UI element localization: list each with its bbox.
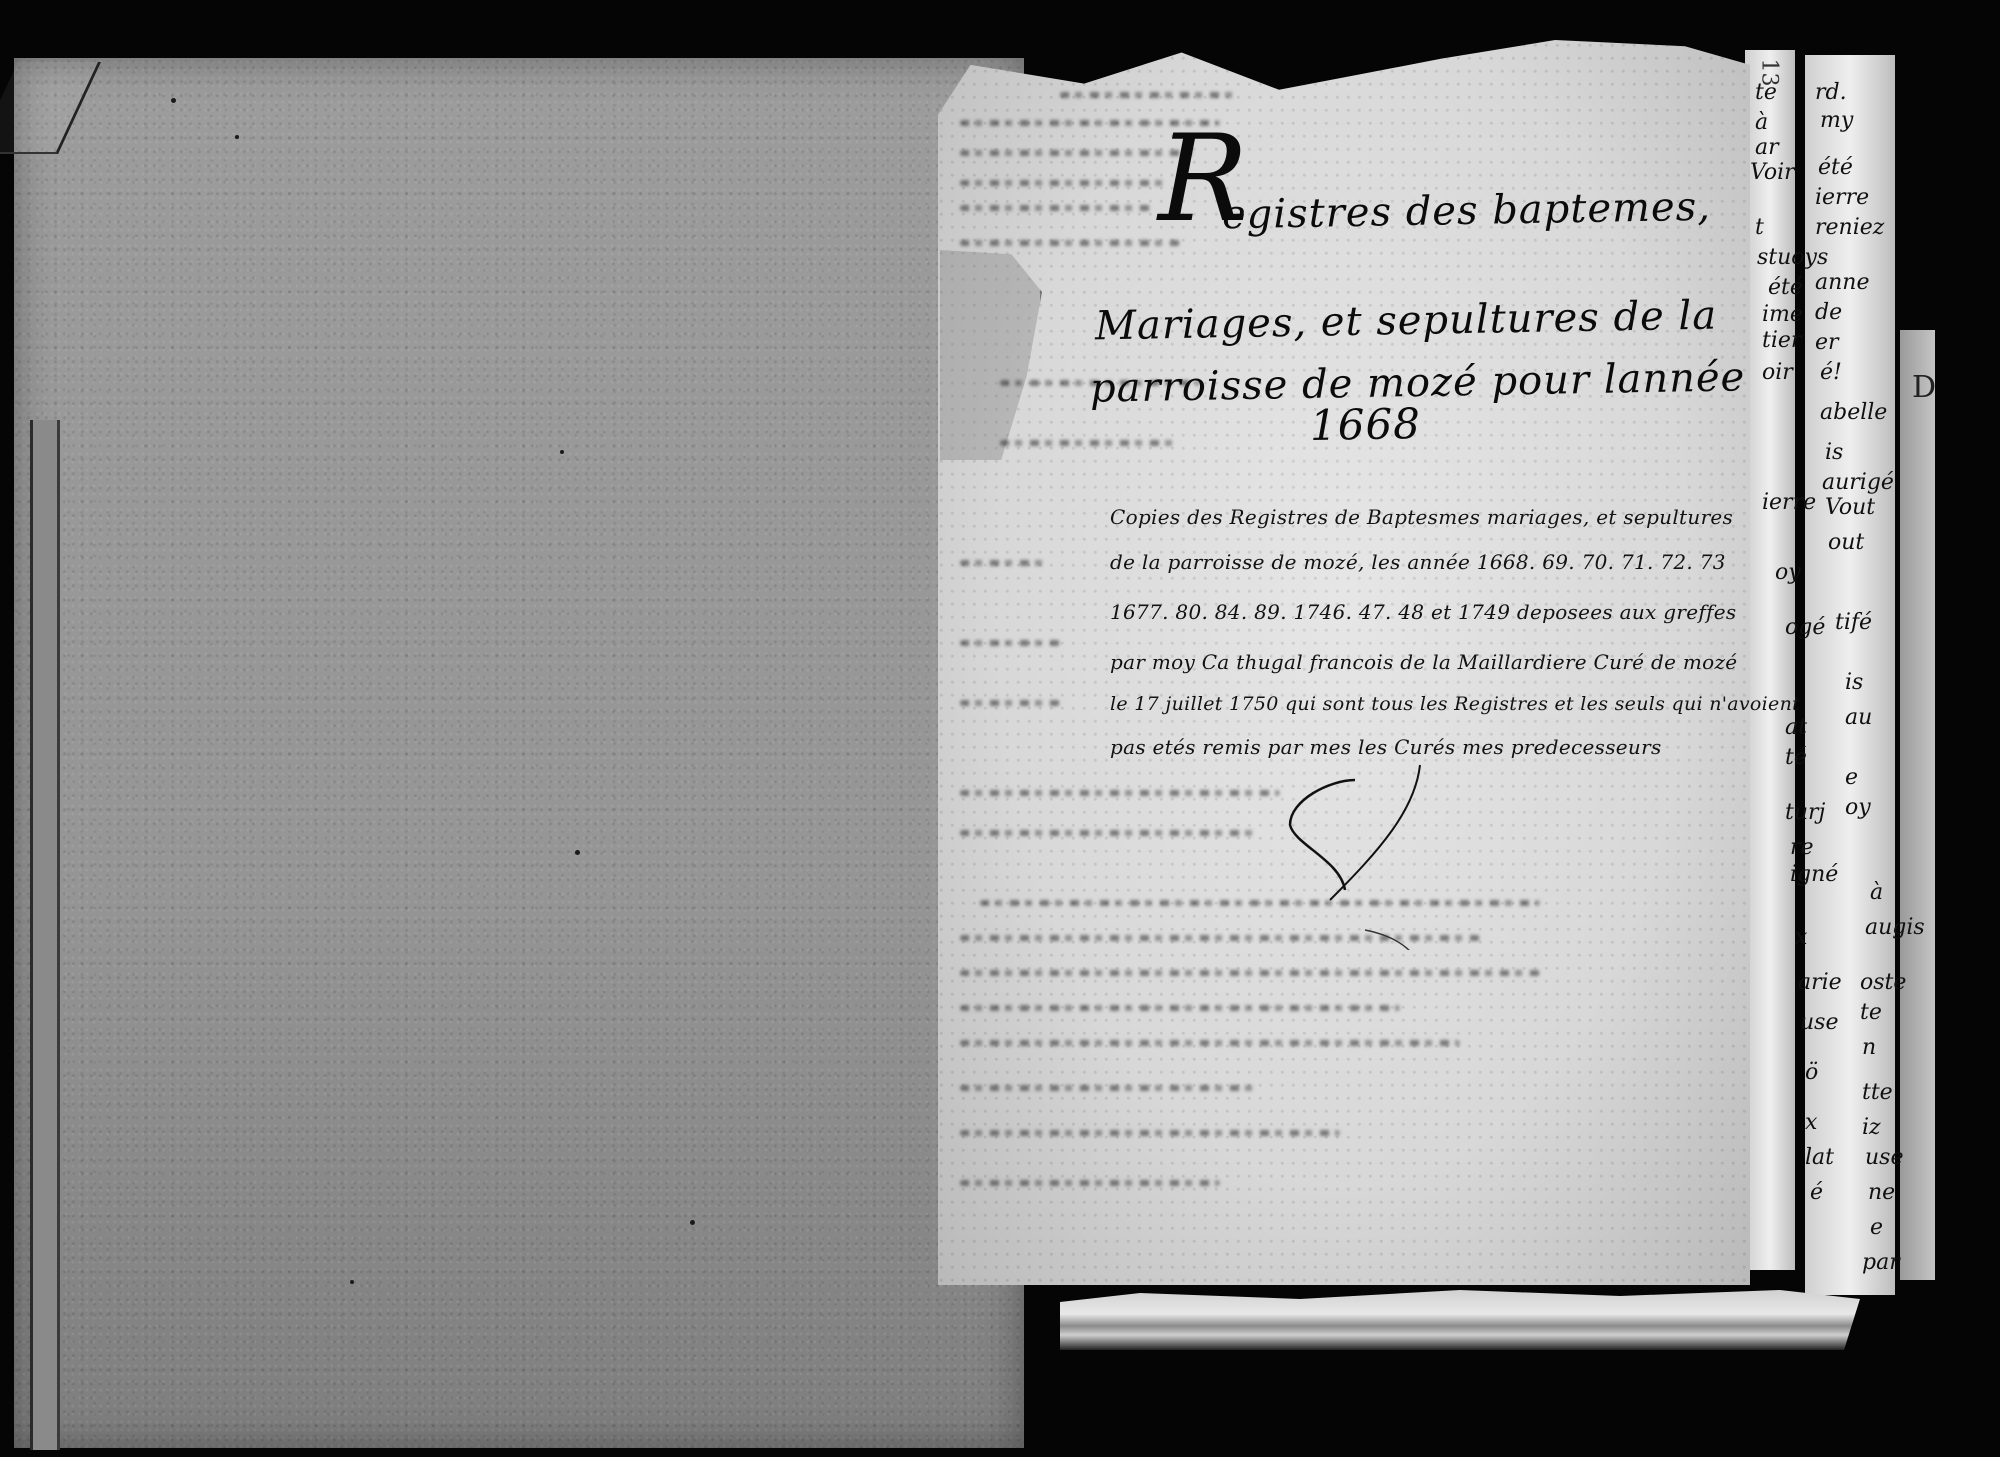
cardboard-cover	[14, 58, 1024, 1448]
fragment-word: out	[1828, 530, 1864, 555]
cover-speck	[235, 135, 239, 139]
fragment-word: t	[1755, 215, 1764, 240]
note-line-4: par moy Ca thugal francois de la Maillar…	[1110, 650, 1737, 674]
fragment-word: x	[1795, 925, 1807, 950]
fragment-word: tier	[1762, 328, 1801, 353]
bleed-through-line	[960, 240, 1180, 246]
cover-speck	[171, 98, 176, 103]
fragment-word: er	[1815, 330, 1839, 355]
note-line-5: le 17 juillet 1750 qui sont tous les Reg…	[1110, 693, 1800, 715]
title-line-1: egistres des baptemes,	[1222, 184, 1712, 239]
fragment-word: use	[1800, 1010, 1838, 1035]
bleed-through-line	[960, 1085, 1260, 1091]
fragment-word: tte	[1862, 1080, 1893, 1105]
fragment-word: té	[1785, 745, 1807, 770]
fragment-word: is	[1825, 440, 1843, 465]
note-line-2: de la parroisse de mozé, les année 1668.…	[1110, 550, 1726, 574]
bleed-through-line	[1000, 440, 1180, 446]
fragment-word: aurigé	[1822, 470, 1894, 495]
fragment-word: use	[1865, 1145, 1903, 1170]
bleed-through-line	[960, 1005, 1400, 1011]
bleed-through-line	[960, 700, 1060, 706]
cover-speck	[560, 450, 564, 454]
fragment-word: n	[1862, 1035, 1876, 1060]
fragment-word: anne	[1815, 270, 1869, 295]
fragment-word: e	[1845, 765, 1858, 790]
cover-speck	[350, 1280, 354, 1284]
fragment-word: reniez	[1815, 215, 1884, 240]
title-year: 1668	[1310, 399, 1422, 450]
fragment-word: iz	[1862, 1115, 1881, 1140]
fragment-word: x	[1805, 1110, 1817, 1135]
bleed-through-line	[960, 640, 1060, 646]
fragment-word: à	[1755, 110, 1768, 135]
bleed-through-line	[960, 1130, 1340, 1136]
signature-paraph-icon	[1270, 750, 1470, 950]
bleed-through-line	[960, 830, 1260, 836]
bleed-through-line	[960, 1040, 1460, 1046]
fragment-word: arie	[1798, 970, 1842, 995]
fragment-word: ne	[1868, 1180, 1895, 1205]
note-line-3: 1677. 80. 84. 89. 1746. 47. 48 et 1749 d…	[1110, 600, 1736, 624]
fragment-word: oy	[1775, 560, 1801, 585]
fragment-word: e	[1870, 1215, 1883, 1240]
fragment-word: my	[1820, 108, 1853, 133]
fragment-word: ime	[1762, 302, 1803, 327]
bleed-through-line	[960, 970, 1540, 976]
fragment-word: ierre	[1815, 185, 1869, 210]
fragment-word: turj	[1785, 800, 1825, 825]
fragment-word: à	[1870, 880, 1883, 905]
fragment-word: stuoys	[1757, 245, 1828, 270]
fragment-word: tifé	[1835, 610, 1872, 635]
fragment-word: été	[1768, 275, 1803, 300]
right-edge-page-fragment	[1745, 50, 1795, 1270]
fragment-word: par	[1862, 1250, 1900, 1275]
fragment-word: oste	[1860, 970, 1906, 995]
fragment-word: rd.	[1815, 80, 1847, 105]
bleed-through-line	[960, 790, 1280, 796]
right-edge-page-fragment	[1900, 330, 1935, 1280]
bleed-through-line	[960, 560, 1050, 566]
cover-binding-strip	[30, 420, 60, 1450]
fragment-word: été	[1818, 155, 1853, 180]
fragment-word: Vout	[1825, 495, 1875, 520]
fragment-word: oy	[1845, 795, 1871, 820]
note-line-1: Copies des Registres de Baptesmes mariag…	[1110, 505, 1733, 529]
cover-speck	[690, 1220, 695, 1225]
fragment-word: augis	[1865, 915, 1925, 940]
fragment-word: re	[1790, 835, 1814, 860]
fragment-word: Voir	[1750, 160, 1795, 185]
fragment-word: te	[1860, 1000, 1882, 1025]
fragment-letter: D	[1912, 370, 1936, 405]
bleed-through-line	[1060, 92, 1240, 98]
fragment-word: ogé	[1785, 615, 1825, 640]
page-bottom-folded-edge	[1060, 1290, 1860, 1350]
fragment-word: igné	[1790, 862, 1838, 887]
fragment-word: de	[1815, 300, 1842, 325]
bleed-through-line	[960, 205, 1150, 211]
bleed-through-line	[960, 1180, 1220, 1186]
fragment-word: at	[1785, 715, 1807, 740]
cover-speck	[575, 850, 580, 855]
fragment-word: é	[1810, 1180, 1823, 1205]
fragment-word: ar	[1755, 135, 1779, 160]
fragment-word: lat	[1805, 1145, 1834, 1170]
fragment-word: é!	[1820, 360, 1842, 385]
fragment-word: au	[1845, 705, 1872, 730]
page-number-fragment: 13	[1757, 59, 1782, 87]
fragment-word: ö	[1805, 1060, 1818, 1085]
fragment-word: ierre	[1762, 490, 1816, 515]
bleed-through-line	[960, 180, 1170, 186]
fragment-word: oir	[1762, 360, 1793, 385]
fragment-word: is	[1845, 670, 1863, 695]
fragment-word: abelle	[1820, 400, 1887, 425]
